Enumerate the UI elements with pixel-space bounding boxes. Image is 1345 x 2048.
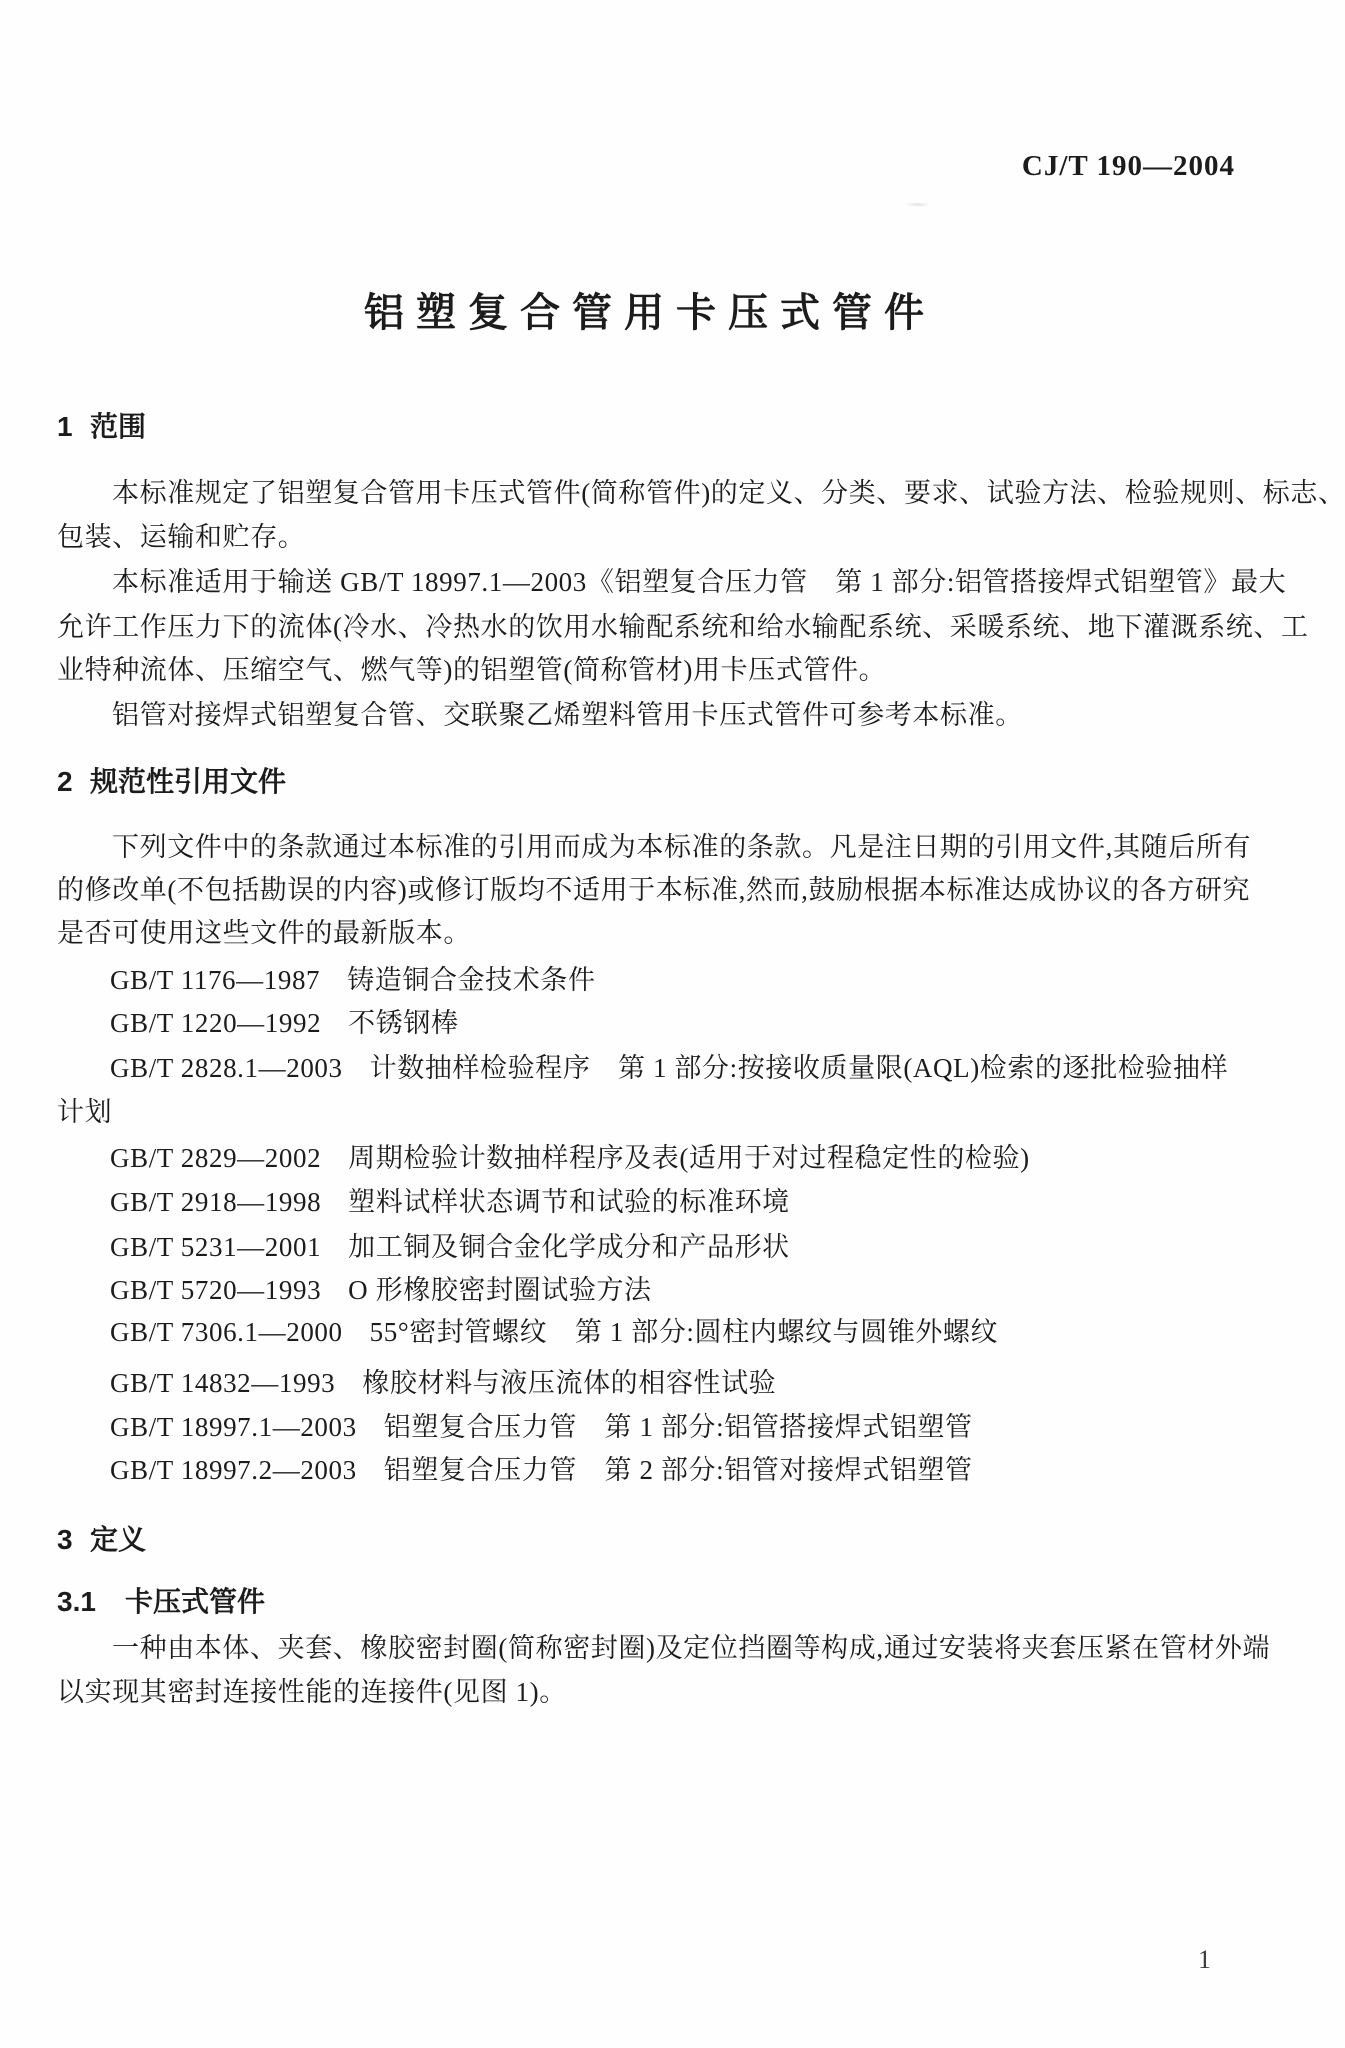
section-3-1-heading: 3.1卡压式管件 <box>57 1582 265 1622</box>
reference-code: GB/T 18997.2—2003 <box>110 1455 357 1485</box>
standard-code: CJ/T 190—2004 <box>1022 150 1235 183</box>
reference-line: GB/T 1220—1992不锈钢棒 <box>110 1003 459 1043</box>
document-title: 铝塑复合管用卡压式管件 <box>0 281 1300 338</box>
reference-line: GB/T 1176—1987铸造铜合金技术条件 <box>110 960 596 1000</box>
reference-code: GB/T 2918—1998 <box>110 1187 321 1217</box>
paragraph-line: 本标准适用于输送 GB/T 18997.1—2003《铝塑复合压力管 第 1 部… <box>112 562 1286 602</box>
scan-smudge <box>905 202 931 207</box>
paragraph-line: 是否可使用这些文件的最新版本。 <box>57 913 471 953</box>
reference-title: 周期检验计数抽样程序及表(适用于对过程稳定性的检验) <box>348 1143 1030 1173</box>
reference-code: GB/T 5720—1993 <box>110 1275 321 1305</box>
page-number: 1 <box>1198 1945 1211 1975</box>
section-3-number: 3 <box>57 1520 90 1560</box>
section-2-heading: 2规范性引用文件 <box>57 762 286 802</box>
reference-code: GB/T 5231—2001 <box>110 1232 321 1262</box>
reference-title: 塑料试样状态调节和试验的标准环境 <box>348 1187 790 1217</box>
section-1-heading-text: 范围 <box>90 411 146 442</box>
paragraph-line: 业特种流体、压缩空气、燃气等)的铝塑管(简称管材)用卡压式管件。 <box>57 650 886 690</box>
section-3-1-heading-text: 卡压式管件 <box>125 1586 265 1617</box>
reference-title: 铝塑复合压力管 第 2 部分:铝管对接焊式铝塑管 <box>384 1455 973 1485</box>
paragraph-line: 一种由本体、夹套、橡胶密封圈(简称密封圈)及定位挡圈等构成,通过安装将夹套压紧在… <box>112 1628 1270 1668</box>
reference-line: GB/T 14832—1993橡胶材料与液压流体的相容性试验 <box>110 1363 776 1403</box>
reference-line: GB/T 7306.1—200055°密封管螺纹 第 1 部分:圆柱内螺纹与圆锥… <box>110 1312 998 1352</box>
reference-code: GB/T 18997.1—2003 <box>110 1412 357 1442</box>
paragraph-line: 的修改单(不包括勘误的内容)或修订版均不适用于本标准,然而,鼓励根据本标准达成协… <box>57 870 1250 910</box>
paragraph-line: 下列文件中的条款通过本标准的引用而成为本标准的条款。凡是注日期的引用文件,其随后… <box>112 827 1251 867</box>
reference-title: 加工铜及铜合金化学成分和产品形状 <box>348 1232 790 1262</box>
paragraph-line: 包装、运输和贮存。 <box>57 517 305 557</box>
reference-title: O 形橡胶密封圈试验方法 <box>348 1275 651 1305</box>
reference-code: GB/T 1176—1987 <box>110 965 320 995</box>
reference-title: 计数抽样检验程序 第 1 部分:按接收质量限(AQL)检索的逐批检验抽样 <box>370 1053 1229 1083</box>
reference-line: GB/T 18997.2—2003铝塑复合压力管 第 2 部分:铝管对接焊式铝塑… <box>110 1450 973 1490</box>
paragraph-line: 以实现其密封连接性能的连接件(见图 1)。 <box>57 1672 567 1712</box>
reference-code: GB/T 1220—1992 <box>110 1008 321 1038</box>
reference-line: GB/T 2918—1998塑料试样状态调节和试验的标准环境 <box>110 1182 790 1222</box>
reference-title: 不锈钢棒 <box>348 1008 458 1038</box>
reference-line: GB/T 5231—2001加工铜及铜合金化学成分和产品形状 <box>110 1227 790 1267</box>
reference-title: 55°密封管螺纹 第 1 部分:圆柱内螺纹与圆锥外螺纹 <box>370 1317 999 1347</box>
paragraph-line: 铝管对接焊式铝塑复合管、交联聚乙烯塑料管用卡压式管件可参考本标准。 <box>112 695 1023 735</box>
paragraph-line: 允许工作压力下的流体(冷水、冷热水的饮用水输配系统和给水输配系统、采暖系统、地下… <box>57 607 1309 647</box>
section-1-heading: 1范围 <box>57 407 146 447</box>
reference-code: GB/T 2828.1—2003 <box>110 1053 343 1083</box>
document-page: CJ/T 190—2004 铝塑复合管用卡压式管件 1范围 本标准规定了铝塑复合… <box>0 0 1345 2048</box>
section-1-number: 1 <box>57 407 90 447</box>
reference-code: GB/T 2829—2002 <box>110 1143 321 1173</box>
section-2-number: 2 <box>57 762 90 802</box>
reference-line: GB/T 2829—2002周期检验计数抽样程序及表(适用于对过程稳定性的检验) <box>110 1138 1030 1178</box>
reference-title: 橡胶材料与液压流体的相容性试验 <box>362 1368 776 1398</box>
reference-line: GB/T 18997.1—2003铝塑复合压力管 第 1 部分:铝管搭接焊式铝塑… <box>110 1407 973 1447</box>
reference-code: GB/T 7306.1—2000 <box>110 1317 343 1347</box>
reference-title: 铝塑复合压力管 第 1 部分:铝管搭接焊式铝塑管 <box>384 1412 973 1442</box>
paragraph-line: 本标准规定了铝塑复合管用卡压式管件(简称管件)的定义、分类、要求、试验方法、检验… <box>112 473 1345 513</box>
section-3-1-number: 3.1 <box>57 1582 125 1622</box>
reference-line: GB/T 2828.1—2003计数抽样检验程序 第 1 部分:按接收质量限(A… <box>110 1048 1228 1088</box>
section-3-heading: 3定义 <box>57 1520 146 1560</box>
section-2-heading-text: 规范性引用文件 <box>90 766 286 797</box>
section-3-heading-text: 定义 <box>90 1524 146 1555</box>
reference-code: GB/T 14832—1993 <box>110 1368 335 1398</box>
reference-title: 铸造铜合金技术条件 <box>347 965 595 995</box>
reference-wrap-line: 计划 <box>57 1092 112 1132</box>
reference-line: GB/T 5720—1993O 形橡胶密封圈试验方法 <box>110 1270 652 1310</box>
